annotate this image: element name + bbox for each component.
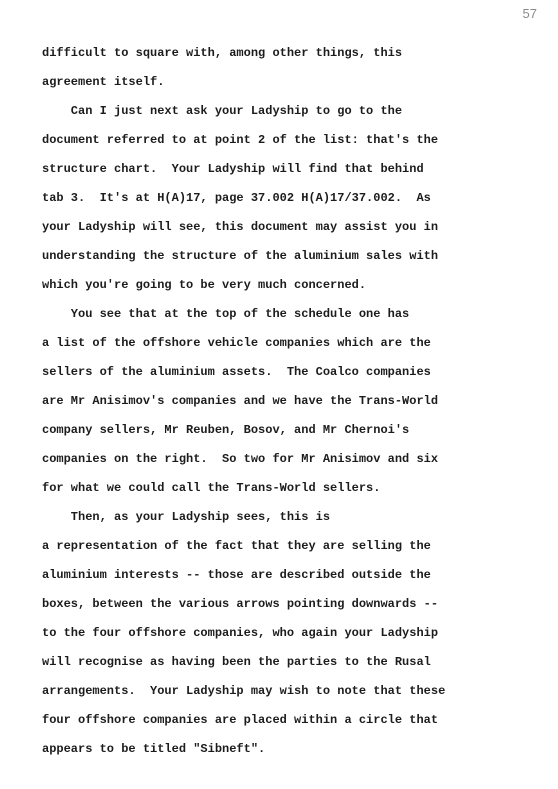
transcript-line: Can I just next ask your Ladyship to go … bbox=[42, 97, 445, 126]
transcript-line: boxes, between the various arrows pointi… bbox=[42, 590, 445, 619]
transcript-line: are Mr Anisimov's companies and we have … bbox=[42, 387, 445, 416]
transcript-line: sellers of the aluminium assets. The Coa… bbox=[42, 358, 445, 387]
transcript-line: which you're going to be very much conce… bbox=[42, 271, 445, 300]
page-number: 57 bbox=[523, 6, 537, 21]
transcript-line: tab 3. It's at H(A)17, page 37.002 H(A)1… bbox=[42, 184, 445, 213]
transcript-line: aluminium interests -- those are describ… bbox=[42, 561, 445, 590]
transcript-line: document referred to at point 2 of the l… bbox=[42, 126, 445, 155]
transcript-line: company sellers, Mr Reuben, Bosov, and M… bbox=[42, 416, 445, 445]
transcript-line: will recognise as having been the partie… bbox=[42, 648, 445, 677]
transcript-body: difficult to square with, among other th… bbox=[42, 39, 445, 764]
transcript-line: appears to be titled "Sibneft". bbox=[42, 735, 445, 764]
transcript-line: for what we could call the Trans-World s… bbox=[42, 474, 445, 503]
transcript-line: agreement itself. bbox=[42, 68, 445, 97]
transcript-line: You see that at the top of the schedule … bbox=[42, 300, 445, 329]
transcript-line: difficult to square with, among other th… bbox=[42, 39, 445, 68]
transcript-line: a representation of the fact that they a… bbox=[42, 532, 445, 561]
transcript-line: to the four offshore companies, who agai… bbox=[42, 619, 445, 648]
transcript-line: a list of the offshore vehicle companies… bbox=[42, 329, 445, 358]
transcript-line: Then, as your Ladyship sees, this is bbox=[42, 503, 445, 532]
transcript-line: structure chart. Your Ladyship will find… bbox=[42, 155, 445, 184]
transcript-line: your Ladyship will see, this document ma… bbox=[42, 213, 445, 242]
transcript-line: understanding the structure of the alumi… bbox=[42, 242, 445, 271]
transcript-line: companies on the right. So two for Mr An… bbox=[42, 445, 445, 474]
transcript-line: four offshore companies are placed withi… bbox=[42, 706, 445, 735]
transcript-line: arrangements. Your Ladyship may wish to … bbox=[42, 677, 445, 706]
transcript-page: 57 difficult to square with, among other… bbox=[0, 0, 558, 789]
